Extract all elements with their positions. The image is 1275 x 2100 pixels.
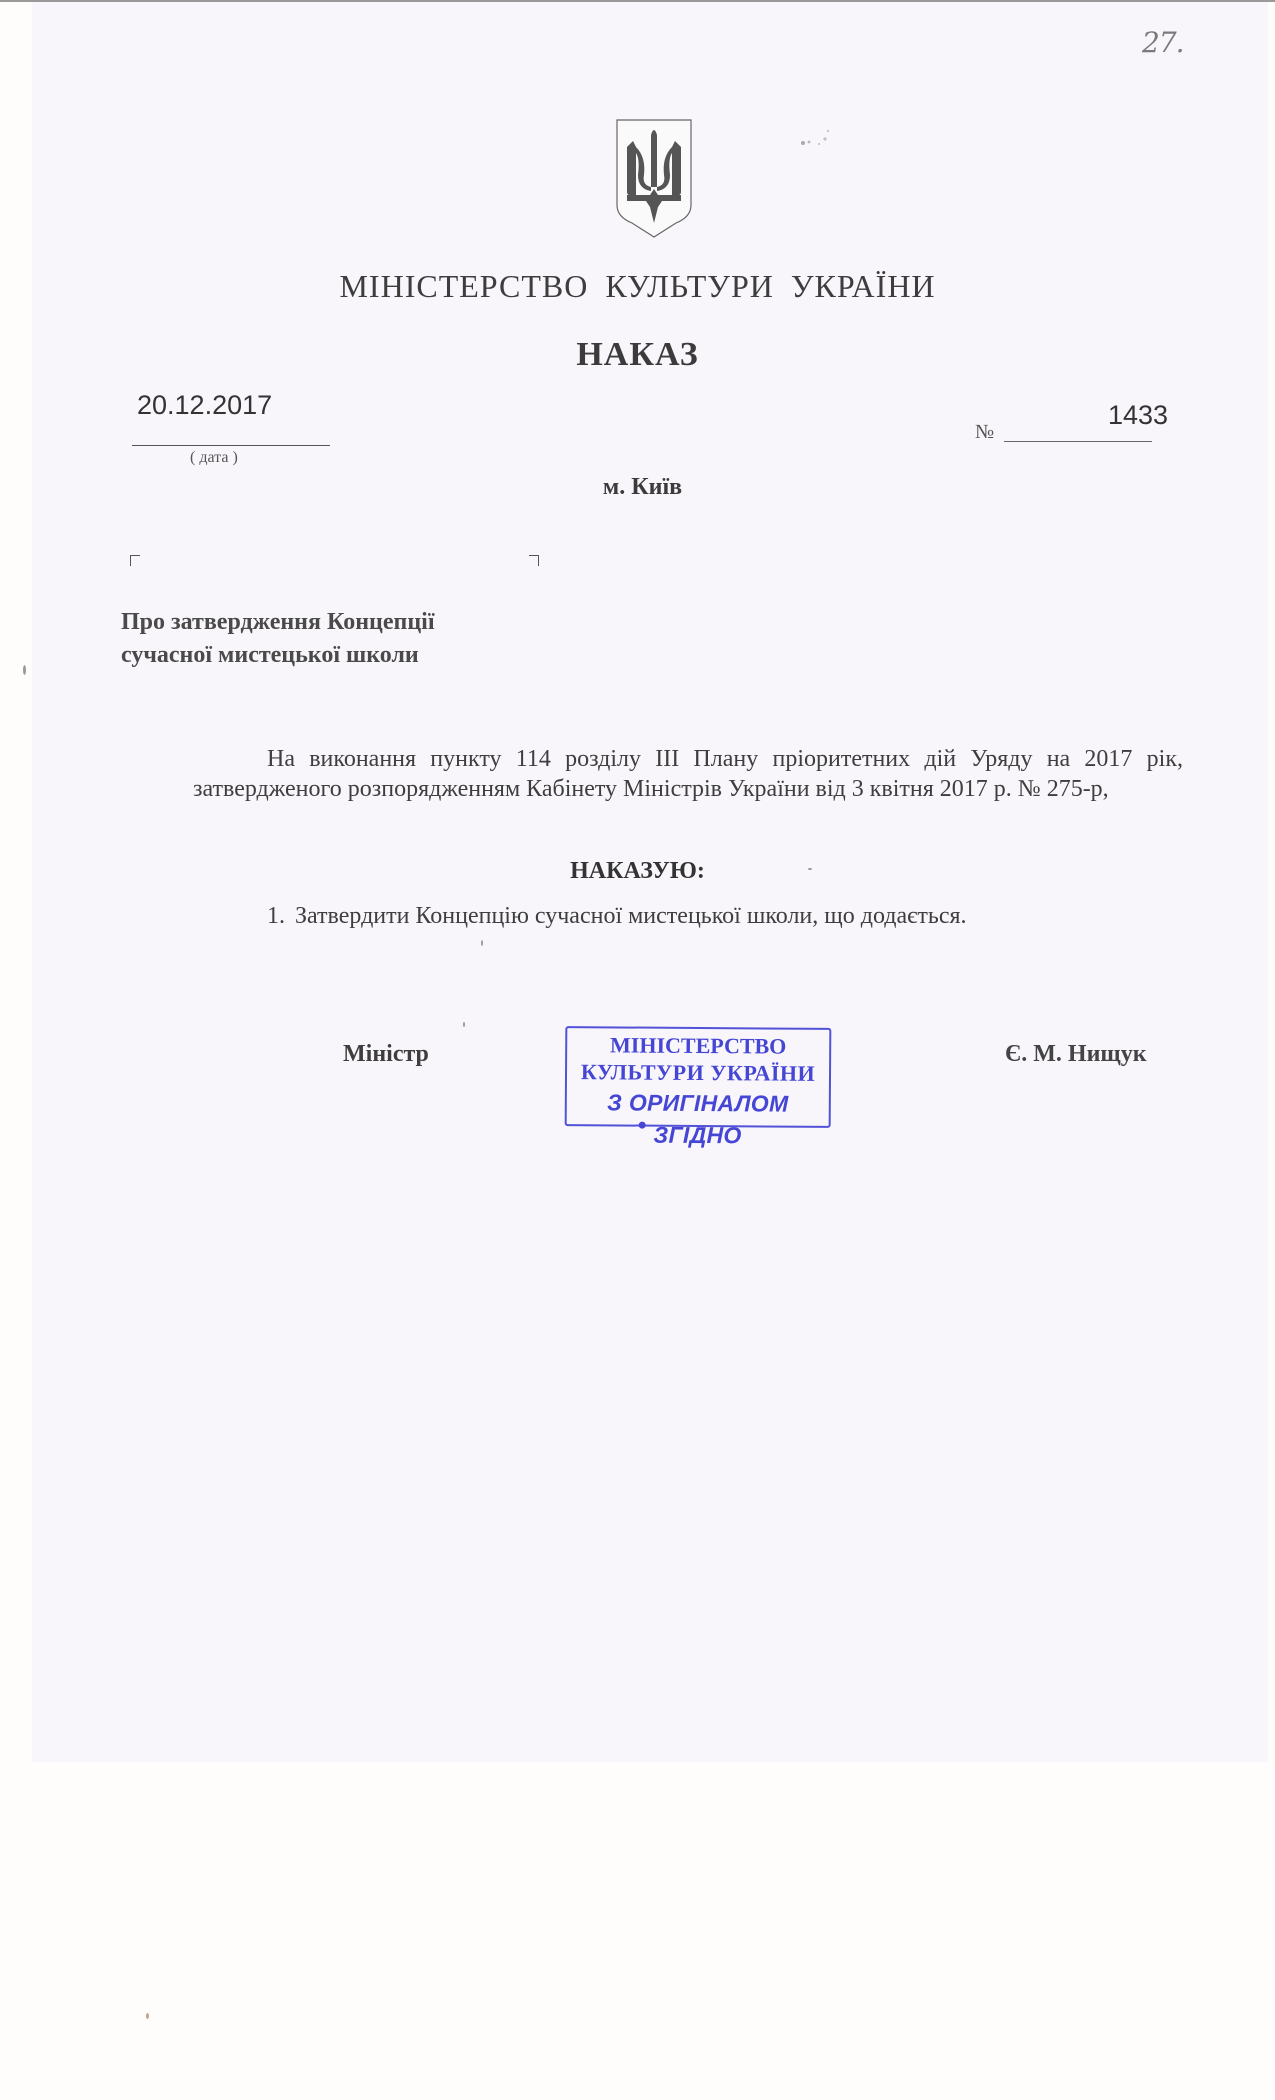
ministry-name: МІНІСТЕРСТВО КУЛЬТУРИ УКРАЇНИ <box>0 268 1275 305</box>
stamp-line: МІНІСТЕРСТВО <box>567 1032 829 1060</box>
subject-line: Про затвердження Концепції <box>121 606 435 639</box>
stamp-line: КУЛЬТУРИ УКРАЇНИ <box>567 1058 829 1088</box>
scan-speck <box>808 868 812 870</box>
scan-speck <box>23 665 26 675</box>
order-number: 1433 <box>1108 400 1168 431</box>
date-caption: ( дата ) <box>190 449 238 467</box>
handwritten-page-number: 27. <box>1142 26 1184 59</box>
order-item-number: 1. <box>267 903 285 929</box>
signer-title: Міністр <box>343 1041 429 1068</box>
orders-heading: НАКАЗУЮ: <box>0 858 1275 885</box>
order-date: 20.12.2017 <box>137 390 272 421</box>
scan-speck <box>463 1022 465 1027</box>
preamble-paragraph: На виконання пункту 114 розділу III План… <box>193 744 1183 804</box>
order-item-text: Затвердити Концепцію сучасної мистецької… <box>295 903 967 929</box>
scan-speck <box>481 940 483 946</box>
subject-line: сучасної мистецької школи <box>121 639 435 672</box>
subject-bracket-right <box>529 555 539 566</box>
coat-of-arms-icon <box>614 117 694 239</box>
number-underline <box>1004 441 1152 442</box>
scan-speckle <box>795 125 845 155</box>
date-underline <box>132 445 330 446</box>
order-subject: Про затвердження Концепції сучасної мист… <box>121 606 435 672</box>
scan-speck <box>146 2013 149 2019</box>
stamp-line: З ОРИГІНАЛОМ ЗГІДНО <box>566 1086 828 1152</box>
document-type: НАКАЗ <box>0 336 1275 374</box>
stamp-dot <box>639 1122 646 1129</box>
certification-stamp: МІНІСТЕРСТВО КУЛЬТУРИ УКРАЇНИ З ОРИГІНАЛ… <box>565 1026 832 1128</box>
subject-bracket-left <box>130 555 140 566</box>
signer-name: Є. М. Нищук <box>1005 1041 1147 1068</box>
orders-list: 1.Затвердити Концепцію сучасної мистецьк… <box>267 903 967 930</box>
number-sign: № <box>975 421 994 444</box>
order-item: 1.Затвердити Концепцію сучасної мистецьк… <box>267 903 967 930</box>
city: м. Київ <box>0 474 1275 501</box>
